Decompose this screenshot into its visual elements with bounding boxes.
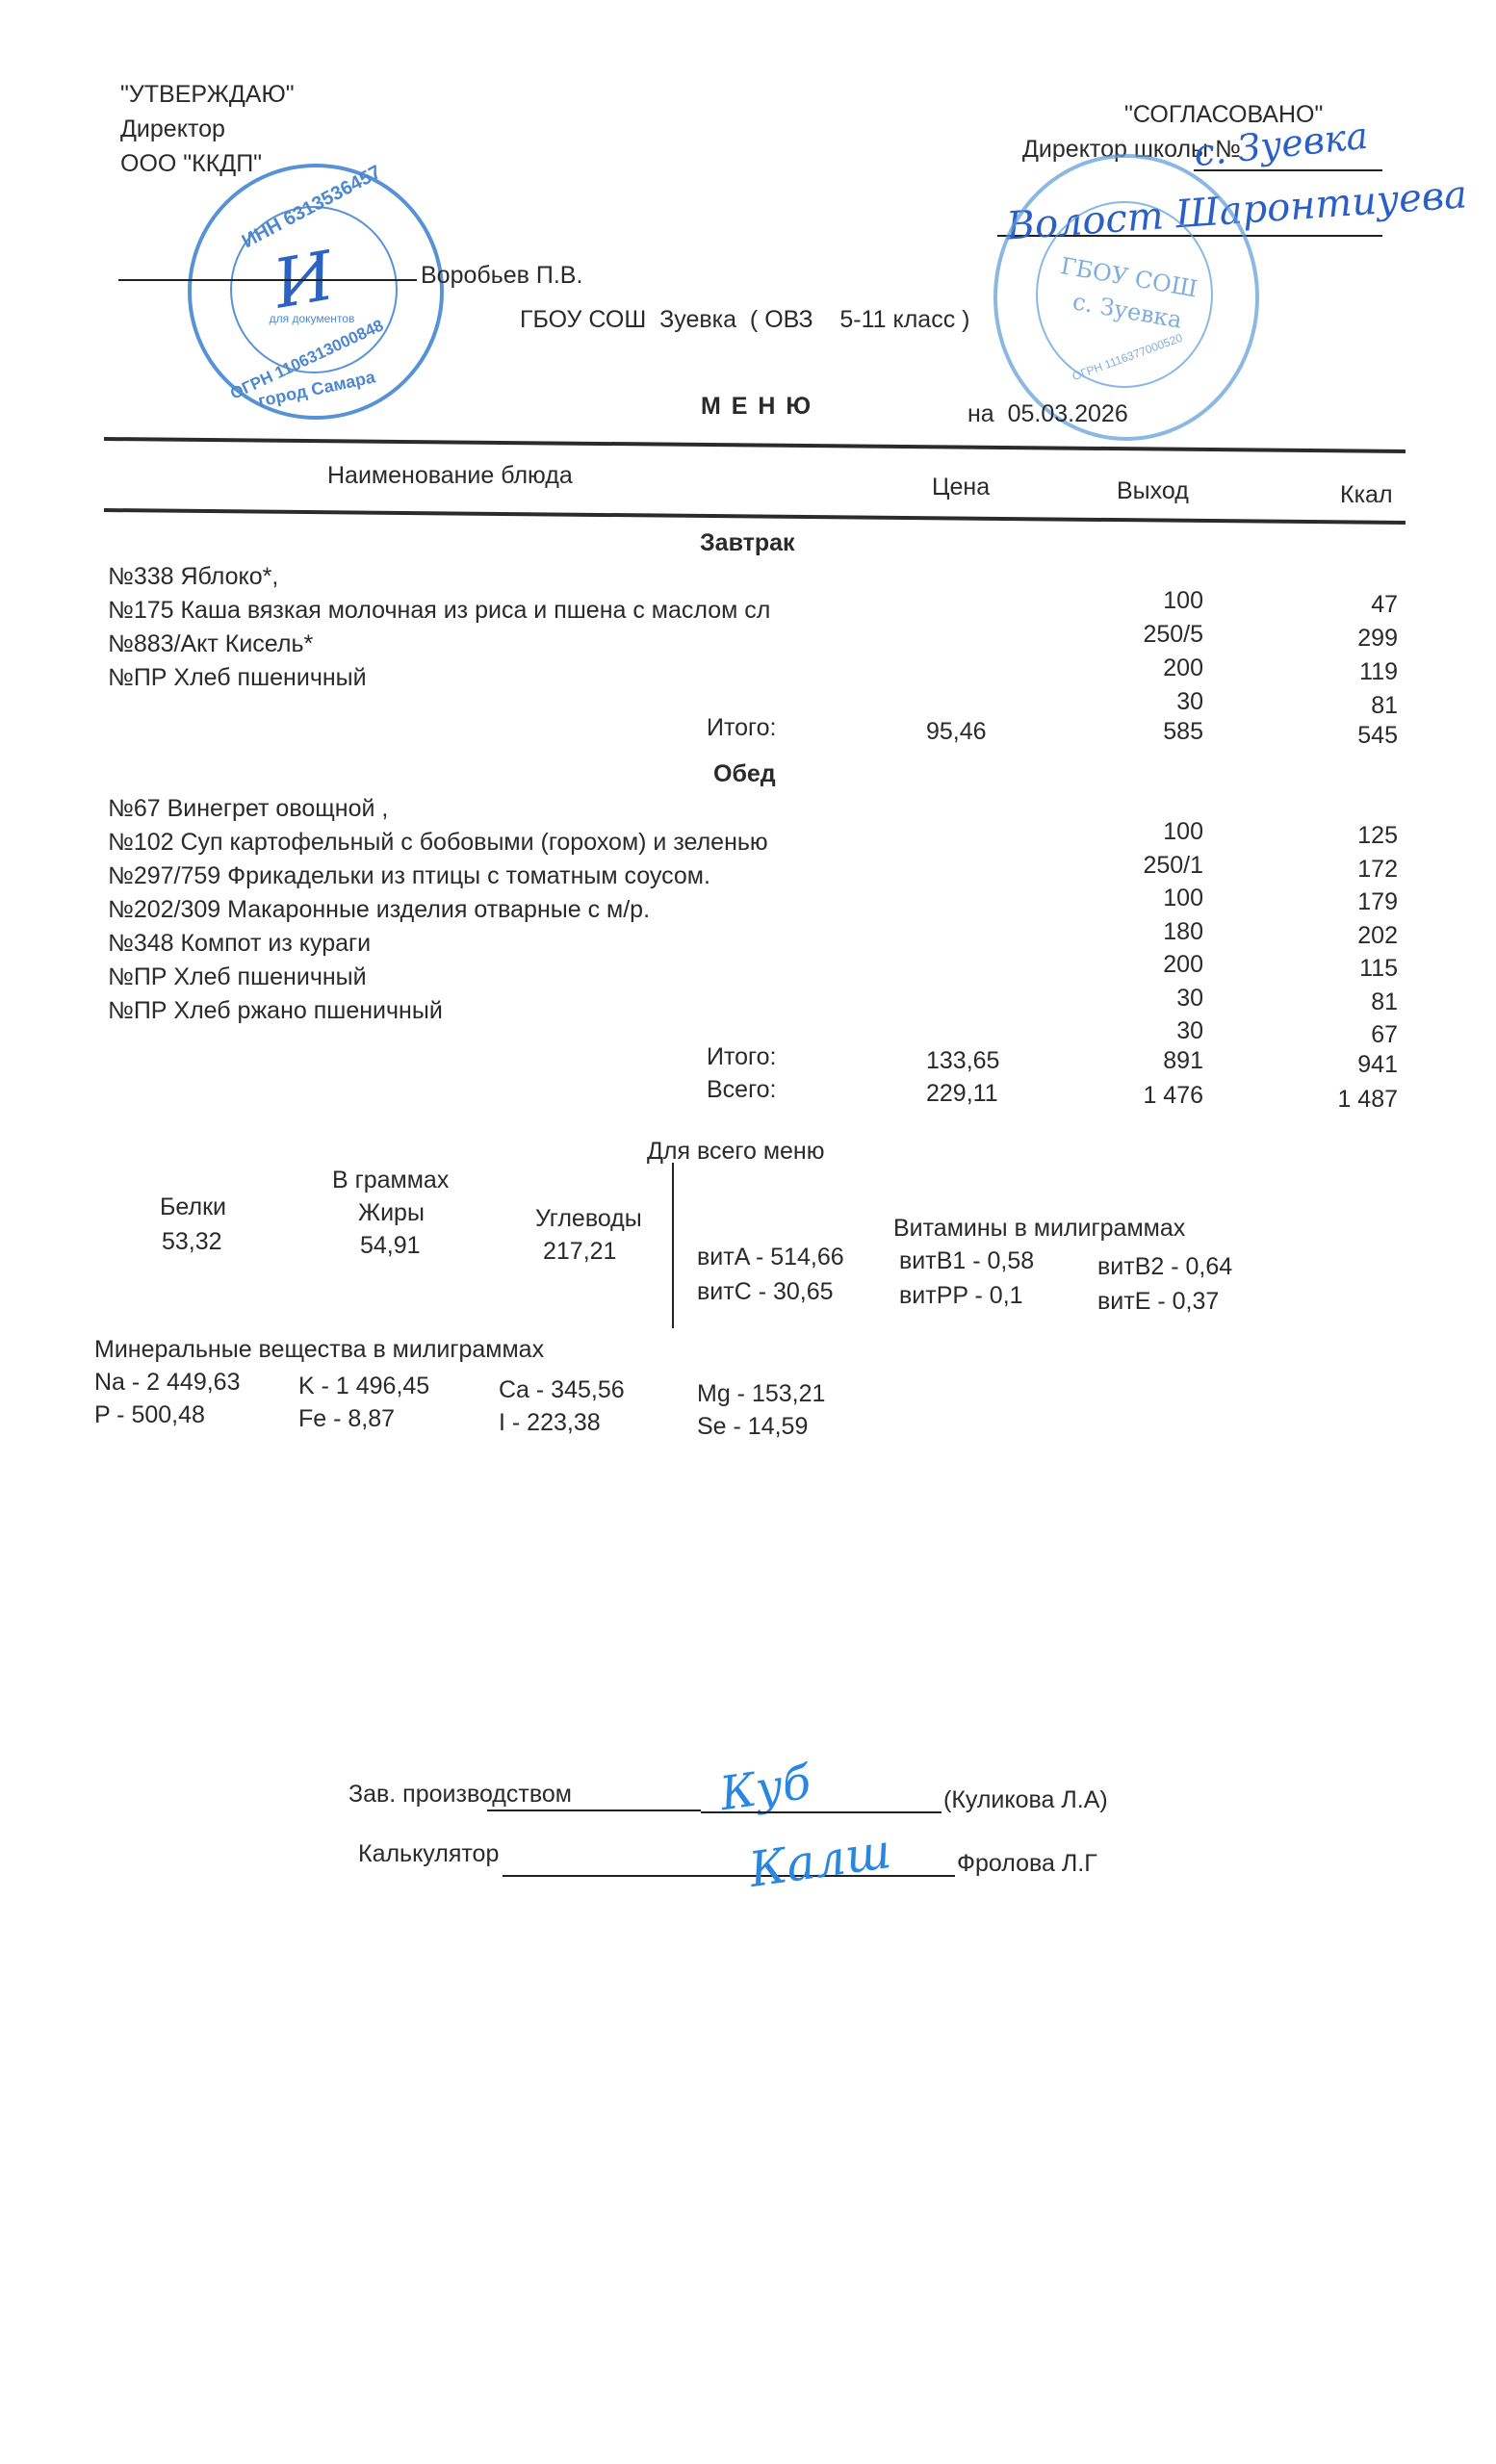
mineral-fe: Fe - 8,87 — [298, 1405, 395, 1433]
dish-kcal: 299 — [1302, 625, 1398, 653]
dish-name: №883/Акт Кисель* — [108, 630, 313, 658]
macro-fat-label: Жиры — [358, 1199, 425, 1227]
approve-org: ООО "ККДП" — [120, 150, 262, 178]
menu-title: М Е Н Ю — [701, 393, 812, 421]
dish-kcal: 115 — [1302, 955, 1398, 983]
dish-yield: 250/1 — [1107, 852, 1203, 880]
total-price: 95,46 — [926, 718, 987, 746]
dish-kcal: 179 — [1302, 888, 1398, 916]
mineral-i: I - 223,38 — [499, 1409, 601, 1437]
vitamin-e: витE - 0,37 — [1097, 1288, 1219, 1316]
mineral-se: Se - 14,59 — [697, 1413, 808, 1441]
dish-name: №202/309 Макаронные изделия отварные с м… — [108, 896, 650, 924]
total-price: 133,65 — [926, 1047, 999, 1075]
grand-total-kcal: 1 487 — [1302, 1086, 1398, 1114]
dish-yield: 200 — [1107, 951, 1203, 979]
dish-kcal: 125 — [1302, 822, 1398, 850]
dish-kcal: 119 — [1302, 658, 1398, 686]
dish-name: №ПР Хлеб пшеничный — [108, 664, 367, 692]
signature-role-production: Зав. производством — [348, 1781, 572, 1809]
dish-yield: 30 — [1107, 985, 1203, 1013]
signature-line-production — [487, 1809, 701, 1811]
dish-yield: 200 — [1107, 654, 1203, 682]
dish-name: №102 Суп картофельный с бобовыми (горохо… — [108, 829, 768, 857]
vitamin-c: витC - 30,65 — [697, 1278, 834, 1306]
macro-protein-value: 53,32 — [162, 1228, 222, 1256]
dish-kcal: 81 — [1302, 692, 1398, 720]
mineral-mg: Mg - 153,21 — [697, 1380, 825, 1408]
dish-yield: 100 — [1107, 885, 1203, 912]
col-header-name: Наименование блюда — [327, 462, 573, 490]
col-header-kcal: Ккал — [1340, 481, 1393, 509]
header-top-rule — [104, 437, 1406, 453]
vitamin-b2: витB2 - 0,64 — [1097, 1253, 1232, 1281]
mineral-ca: Ca - 345,56 — [499, 1376, 625, 1404]
macro-carbs-value: 217,21 — [543, 1238, 616, 1266]
total-kcal: 545 — [1302, 722, 1398, 750]
approve-signature-line — [118, 279, 417, 281]
dish-yield: 30 — [1107, 688, 1203, 716]
signature-name-production: (Куликова Л.А) — [943, 1786, 1108, 1814]
col-header-price: Цена — [932, 474, 990, 501]
minerals-label: Минеральные вещества в милиграммах — [94, 1336, 544, 1364]
vitamin-b1: витB1 - 0,58 — [899, 1247, 1034, 1275]
dish-yield: 250/5 — [1107, 621, 1203, 649]
school-name: ГБОУ СОШ Зуевка ( ОВЗ 5-11 класс ) — [520, 306, 969, 334]
total-kcal: 941 — [1302, 1051, 1398, 1079]
dish-name: №338 Яблоко*, — [108, 563, 278, 591]
vitamins-divider — [672, 1163, 674, 1328]
dish-yield: 100 — [1107, 587, 1203, 615]
menu-date: на 05.03.2026 — [967, 400, 1128, 428]
mineral-na: Na - 2 449,63 — [94, 1369, 241, 1397]
dish-kcal: 202 — [1302, 922, 1398, 950]
dish-name: №ПР Хлеб пшеничный — [108, 963, 367, 991]
dish-name: №ПР Хлеб ржано пшеничный — [108, 997, 443, 1025]
total-label: Итого: — [707, 714, 776, 742]
approve-position: Директор — [120, 115, 225, 143]
grand-total-price: 229,11 — [926, 1080, 998, 1108]
grand-total-label: Всего: — [707, 1076, 777, 1104]
signature-calculator: Калш — [746, 1823, 894, 1898]
col-header-yield: Выход — [1117, 477, 1189, 505]
mineral-p: P - 500,48 — [94, 1401, 205, 1429]
dish-kcal: 81 — [1302, 988, 1398, 1016]
vitamin-pp: витPP - 0,1 — [899, 1282, 1023, 1310]
section-title-lunch: Обед — [713, 760, 776, 788]
macro-protein-label: Белки — [160, 1193, 226, 1221]
total-yield: 891 — [1107, 1047, 1203, 1075]
vitamin-a: витA - 514,66 — [697, 1244, 844, 1271]
vitamins-label: Витамины в милиграммах — [893, 1215, 1185, 1243]
dish-name: №297/759 Фрикадельки из птицы с томатным… — [108, 862, 710, 890]
signature-name-calculator: Фролова Л.Г — [957, 1850, 1097, 1878]
signature-role-calculator: Калькулятор — [358, 1840, 499, 1868]
total-yield: 585 — [1107, 718, 1203, 746]
dish-kcal: 47 — [1302, 591, 1398, 619]
approve-signer: Воробьев П.В. — [421, 262, 582, 290]
dish-kcal: 67 — [1302, 1021, 1398, 1049]
for-whole-menu-label: Для всего меню — [647, 1138, 824, 1166]
dish-yield: 30 — [1107, 1017, 1203, 1045]
dish-kcal: 172 — [1302, 856, 1398, 884]
macro-fat-value: 54,91 — [360, 1232, 421, 1260]
dish-name: №348 Компот из кураги — [108, 930, 371, 958]
signature-line-production-right — [701, 1811, 941, 1813]
school-stamp: ГБОУ СОШ с. Зуевка ОГРН 1116377000520 — [993, 154, 1259, 441]
dish-yield: 180 — [1107, 918, 1203, 946]
section-title-breakfast: Завтрак — [700, 529, 795, 557]
approve-title: "УТВЕРЖДАЮ" — [120, 81, 295, 109]
total-label: Итого: — [707, 1043, 776, 1071]
grams-label: В граммах — [332, 1167, 449, 1194]
dish-name: №67 Винегрет овощной , — [108, 795, 388, 823]
header-bottom-rule — [104, 508, 1406, 525]
grand-total-yield: 1 476 — [1107, 1082, 1203, 1110]
dish-yield: 100 — [1107, 818, 1203, 846]
mineral-k: K - 1 496,45 — [298, 1373, 429, 1400]
macro-carbs-label: Углеводы — [535, 1205, 642, 1233]
dish-name: №175 Каша вязкая молочная из риса и пшен… — [108, 597, 770, 625]
